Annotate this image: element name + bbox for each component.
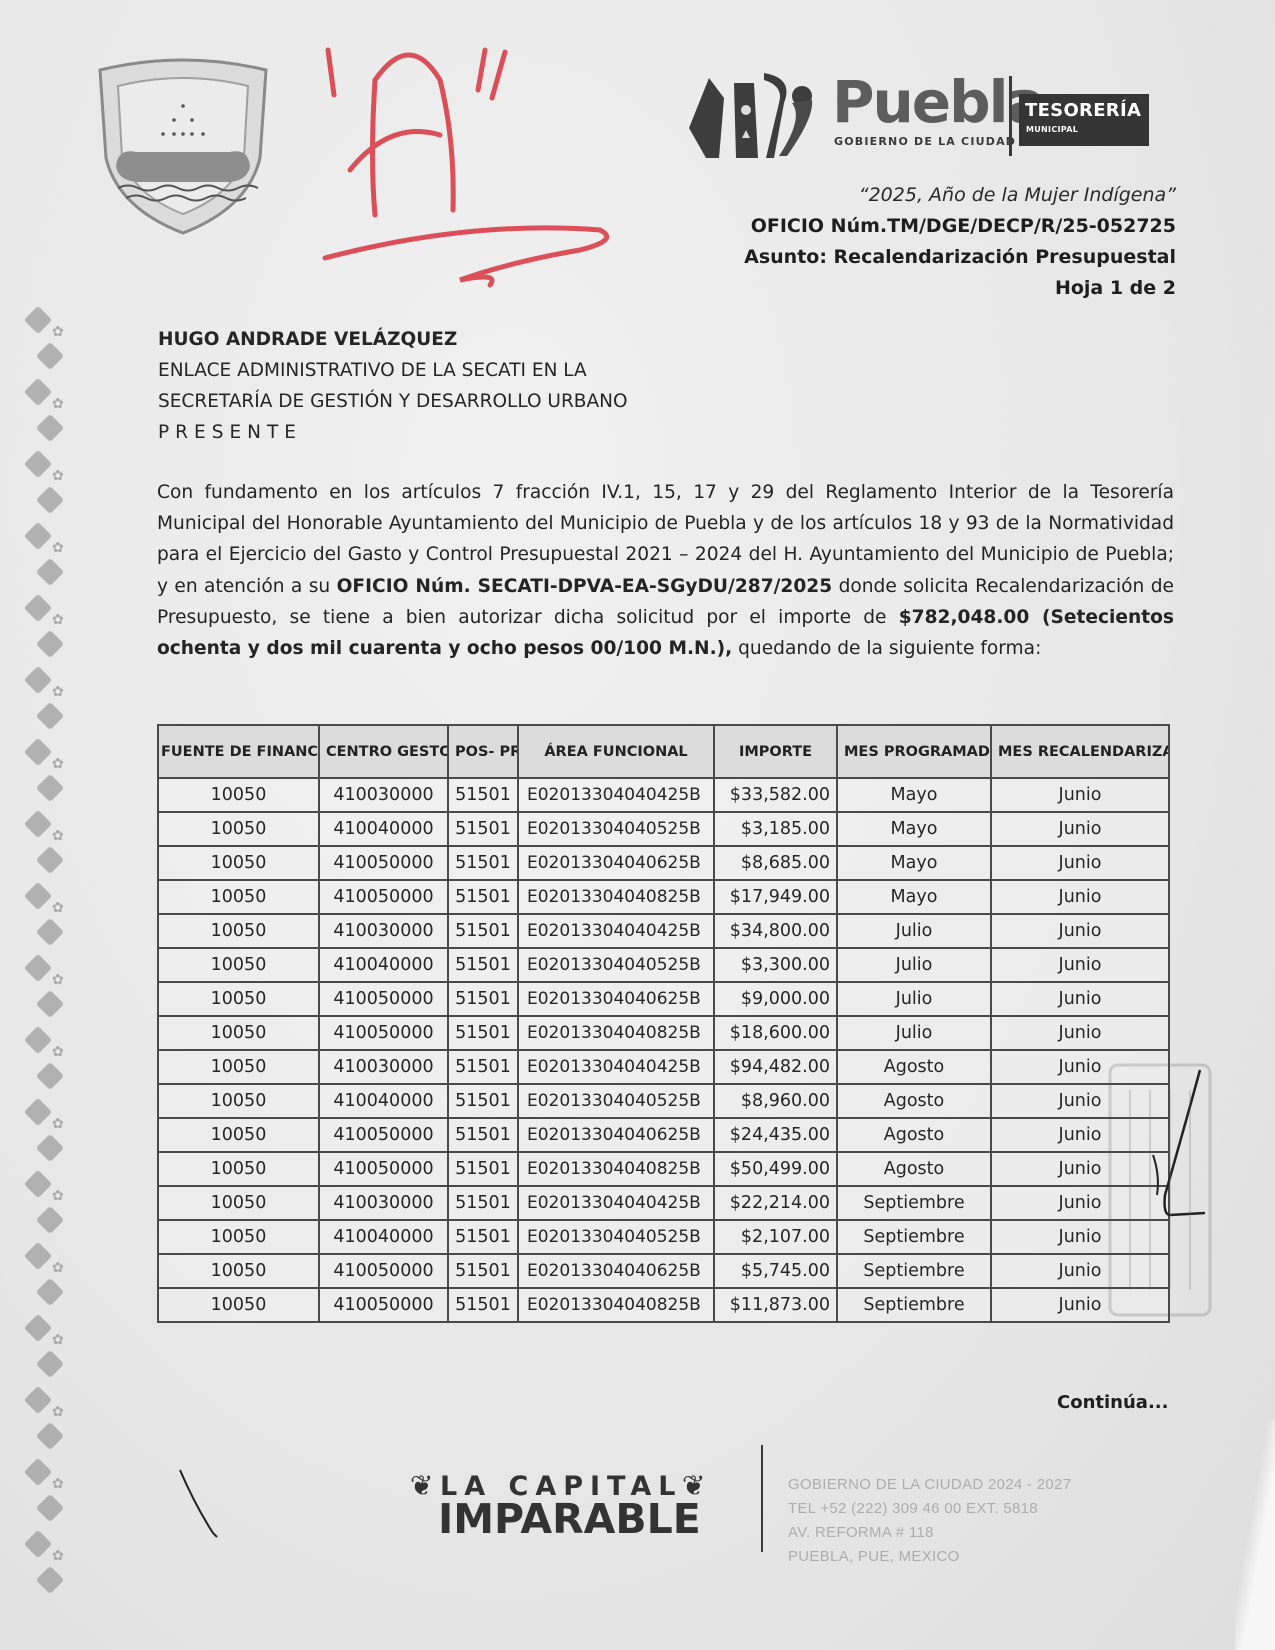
area-funcional-cell: E02013304040625B	[518, 1254, 714, 1288]
mes-programado-cell: Julio	[837, 982, 991, 1016]
ornament-diamond-icon	[24, 738, 52, 766]
mes-programado-cell: Agosto	[837, 1050, 991, 1084]
reference-oficio: OFICIO Núm. SECATI-DPVA-EA-SGyDU/287/202…	[337, 576, 833, 597]
ornament-sprig-icon: ✿	[52, 324, 64, 340]
subject-line: Asunto: Recalendarización Presupuestal	[744, 246, 1176, 268]
ornament-diamond-icon	[24, 954, 52, 982]
ornament-diamond-icon	[24, 594, 52, 622]
addressee-position-line2: SECRETARÍA DE GESTIÓN Y DESARROLLO URBAN…	[158, 391, 628, 412]
puebla-tesoreria-logo: Puebla GOBIERNO DE LA CIUDAD TESORERÍA M…	[684, 62, 1154, 162]
importe-cell: $5,745.00	[714, 1254, 837, 1288]
area-funcional-cell: E02013304040425B	[518, 1050, 714, 1084]
ornament-diamond-icon	[36, 1350, 64, 1378]
ornament-sprig-icon: ✿	[52, 1044, 64, 1060]
ornament-diamond-icon	[36, 1422, 64, 1450]
fuente-cell: 10050	[158, 846, 319, 880]
centro-gestor-cell: 410040000	[319, 948, 448, 982]
pospre-cell: 51501	[448, 1220, 518, 1254]
logo-subtitle: GOBIERNO DE LA CIUDAD	[834, 135, 1016, 148]
mes-programado-cell: Septiembre	[837, 1288, 991, 1322]
ornament-sprig-icon: ✿	[52, 756, 64, 772]
column-header: IMPORTE	[714, 725, 837, 778]
ornament-sprig-icon: ✿	[52, 900, 64, 916]
column-header: ÁREA FUNCIONAL	[518, 725, 714, 778]
centro-gestor-cell: 410050000	[319, 1254, 448, 1288]
fuente-cell: 10050	[158, 914, 319, 948]
table-row: 1005041005000051501E02013304040625B$8,68…	[158, 846, 1169, 880]
fuente-cell: 10050	[158, 1186, 319, 1220]
fuente-cell: 10050	[158, 812, 319, 846]
ornament-diamond-icon	[24, 882, 52, 910]
ornament-diamond-icon	[24, 306, 52, 334]
ornament-diamond-icon	[24, 1458, 52, 1486]
fuente-cell: 10050	[158, 1152, 319, 1186]
fuente-cell: 10050	[158, 1288, 319, 1322]
importe-cell: $8,685.00	[714, 846, 837, 880]
ornament-sprig-icon: ✿	[52, 468, 64, 484]
mes-programado-cell: Julio	[837, 914, 991, 948]
mes-programado-cell: Septiembre	[837, 1220, 991, 1254]
ornament-diamond-icon	[24, 522, 52, 550]
ornament-diamond-icon	[36, 918, 64, 946]
table-row: 1005041003000051501E02013304040425B$22,2…	[158, 1186, 1169, 1220]
ornament-diamond-icon	[36, 1278, 64, 1306]
importe-cell: $34,800.00	[714, 914, 837, 948]
importe-cell: $3,300.00	[714, 948, 837, 982]
footer-address: AV. REFORMA # 118	[788, 1524, 934, 1541]
ornament-sprig-icon: ✿	[52, 1548, 64, 1564]
page-indicator: Hoja 1 de 2	[1055, 277, 1176, 299]
ornament-sprig-icon: ✿	[52, 1260, 64, 1276]
pospre-cell: 51501	[448, 880, 518, 914]
mes-recalendarizado-cell: Junio	[991, 914, 1169, 948]
pospre-cell: 51501	[448, 1254, 518, 1288]
ornament-sprig-icon: ✿	[52, 396, 64, 412]
mes-programado-cell: Mayo	[837, 846, 991, 880]
area-funcional-cell: E02013304040425B	[518, 1186, 714, 1220]
footer-government: GOBIERNO DE LA CIUDAD 2024 - 2027	[788, 1476, 1071, 1493]
pospre-cell: 51501	[448, 1050, 518, 1084]
ornament-sprig-icon: ✿	[52, 972, 64, 988]
ornament-sprig-icon: ✿	[52, 1116, 64, 1132]
column-header: MES RECALENDARIZADO	[991, 725, 1169, 778]
fuente-cell: 10050	[158, 1220, 319, 1254]
table-row: 1005041004000051501E02013304040525B$3,18…	[158, 812, 1169, 846]
mes-programado-cell: Mayo	[837, 778, 991, 812]
importe-cell: $50,499.00	[714, 1152, 837, 1186]
centro-gestor-cell: 410050000	[319, 1288, 448, 1322]
ornament-sprig-icon: ✿	[52, 612, 64, 628]
table-header-row: FUENTE DE FINANCIAMIENTOCENTRO GESTORPOS…	[158, 725, 1169, 778]
ornament-diamond-icon	[36, 1494, 64, 1522]
area-funcional-cell: E02013304040825B	[518, 1152, 714, 1186]
pospre-cell: 51501	[448, 1118, 518, 1152]
table-row: 1005041005000051501E02013304040825B$17,9…	[158, 880, 1169, 914]
ornament-diamond-icon	[36, 486, 64, 514]
mes-programado-cell: Mayo	[837, 812, 991, 846]
ornament-sprig-icon: ✿	[52, 1188, 64, 1204]
area-funcional-cell: E02013304040425B	[518, 914, 714, 948]
footer-divider	[761, 1445, 763, 1552]
centro-gestor-cell: 410030000	[319, 914, 448, 948]
mes-recalendarizado-cell: Junio	[991, 982, 1169, 1016]
mes-programado-cell: Agosto	[837, 1118, 991, 1152]
importe-cell: $11,873.00	[714, 1288, 837, 1322]
footer-logo-line2: IMPARABLE	[438, 1495, 701, 1543]
area-funcional-cell: E02013304040525B	[518, 1084, 714, 1118]
mes-programado-cell: Julio	[837, 948, 991, 982]
fuente-cell: 10050	[158, 880, 319, 914]
fuente-cell: 10050	[158, 1016, 319, 1050]
ornament-diamond-icon	[36, 558, 64, 586]
ornament-sprig-icon: ✿	[52, 540, 64, 556]
importe-cell: $94,482.00	[714, 1050, 837, 1084]
pospre-cell: 51501	[448, 1186, 518, 1220]
importe-cell: $9,000.00	[714, 982, 837, 1016]
table-row: 1005041005000051501E02013304040625B$9,00…	[158, 982, 1169, 1016]
mes-programado-cell: Agosto	[837, 1084, 991, 1118]
pospre-cell: 51501	[448, 1152, 518, 1186]
centro-gestor-cell: 410030000	[319, 1050, 448, 1084]
area-funcional-cell: E02013304040825B	[518, 1288, 714, 1322]
fuente-cell: 10050	[158, 948, 319, 982]
body-paragraph: Con fundamento en los artículos 7 fracci…	[157, 477, 1174, 664]
left-wing-icon: ❦	[410, 1469, 433, 1502]
table-row: 1005041003000051501E02013304040425B$94,4…	[158, 1050, 1169, 1084]
fuente-cell: 10050	[158, 982, 319, 1016]
ornament-diamond-icon	[36, 990, 64, 1018]
ornament-diamond-icon	[36, 1566, 64, 1594]
footer-phone: TEL +52 (222) 309 46 00 EXT. 5818	[788, 1500, 1038, 1517]
ornament-diamond-icon	[24, 1386, 52, 1414]
importe-cell: $33,582.00	[714, 778, 837, 812]
addressee-name: HUGO ANDRADE VELÁZQUEZ	[158, 329, 457, 350]
ornament-sprig-icon: ✿	[52, 828, 64, 844]
ornament-diamond-icon	[24, 1242, 52, 1270]
column-header: MES PROGRAMADO	[837, 725, 991, 778]
centro-gestor-cell: 410050000	[319, 982, 448, 1016]
continues-label: Continúa...	[1057, 1392, 1168, 1413]
centro-gestor-cell: 410050000	[319, 846, 448, 880]
mes-programado-cell: Agosto	[837, 1152, 991, 1186]
ornament-diamond-icon	[24, 378, 52, 406]
ornament-sprig-icon: ✿	[52, 1476, 64, 1492]
importe-cell: $17,949.00	[714, 880, 837, 914]
table-row: 1005041003000051501E02013304040425B$33,5…	[158, 778, 1169, 812]
pospre-cell: 51501	[448, 914, 518, 948]
ornament-diamond-icon	[36, 342, 64, 370]
centro-gestor-cell: 410050000	[319, 880, 448, 914]
table-row: 1005041005000051501E02013304040625B$5,74…	[158, 1254, 1169, 1288]
fuente-cell: 10050	[158, 778, 319, 812]
column-header: CENTRO GESTOR	[319, 725, 448, 778]
fuente-cell: 10050	[158, 1118, 319, 1152]
column-header: FUENTE DE FINANCIAMIENTO	[158, 725, 319, 778]
table-row: 1005041004000051501E02013304040525B$2,10…	[158, 1220, 1169, 1254]
column-header: POS- PRE	[448, 725, 518, 778]
centro-gestor-cell: 410040000	[319, 1084, 448, 1118]
table-row: 1005041003000051501E02013304040425B$34,8…	[158, 914, 1169, 948]
badge-title: TESORERÍA	[1025, 100, 1141, 121]
pospre-cell: 51501	[448, 812, 518, 846]
table-row: 1005041005000051501E02013304040825B$18,6…	[158, 1016, 1169, 1050]
importe-cell: $18,600.00	[714, 1016, 837, 1050]
pospre-cell: 51501	[448, 1288, 518, 1322]
ornament-diamond-icon	[36, 1062, 64, 1090]
fuente-cell: 10050	[158, 1050, 319, 1084]
centro-gestor-cell: 410040000	[319, 1220, 448, 1254]
centro-gestor-cell: 410030000	[319, 1186, 448, 1220]
area-funcional-cell: E02013304040825B	[518, 1016, 714, 1050]
ornament-diamond-icon	[36, 702, 64, 730]
ornament-diamond-icon	[24, 1026, 52, 1054]
body-text-part3: quedando de la siguiente forma:	[732, 638, 1041, 659]
pospre-cell: 51501	[448, 778, 518, 812]
ornament-diamond-icon	[36, 774, 64, 802]
table-row: 1005041004000051501E02013304040525B$3,30…	[158, 948, 1169, 982]
tesoreria-badge: TESORERÍA MUNICIPAL	[1019, 94, 1149, 146]
pospre-cell: 51501	[448, 1016, 518, 1050]
area-funcional-cell: E02013304040425B	[518, 778, 714, 812]
ornament-diamond-icon	[24, 666, 52, 694]
table-row: 1005041005000051501E02013304040825B$50,4…	[158, 1152, 1169, 1186]
oficio-number: OFICIO Núm.TM/DGE/DECP/R/25-052725	[751, 215, 1176, 237]
red-annotation-mark	[320, 40, 620, 295]
table-row: 1005041005000051501E02013304040825B$11,8…	[158, 1288, 1169, 1322]
ornament-diamond-icon	[24, 1098, 52, 1126]
presente-label: PRESENTE	[158, 422, 302, 443]
ornament-diamond-icon	[36, 414, 64, 442]
ornament-diamond-icon	[24, 450, 52, 478]
ornament-diamond-icon	[24, 810, 52, 838]
table-row: 1005041004000051501E02013304040525B$8,96…	[158, 1084, 1169, 1118]
mes-recalendarizado-cell: Junio	[991, 880, 1169, 914]
area-funcional-cell: E02013304040625B	[518, 1118, 714, 1152]
ornament-diamond-icon	[36, 630, 64, 658]
puebla-figures-icon	[684, 68, 834, 158]
ornament-sprig-icon: ✿	[52, 1332, 64, 1348]
ornament-diamond-icon	[24, 1530, 52, 1558]
mes-programado-cell: Julio	[837, 1016, 991, 1050]
footer-city: PUEBLA, PUE, MEXICO	[788, 1548, 960, 1565]
centro-gestor-cell: 410050000	[319, 1016, 448, 1050]
table-row: 1005041005000051501E02013304040625B$24,4…	[158, 1118, 1169, 1152]
area-funcional-cell: E02013304040825B	[518, 880, 714, 914]
pospre-cell: 51501	[448, 982, 518, 1016]
ornament-border: ✿✿✿✿✿✿✿✿✿✿✿✿✿✿✿✿✿✿	[22, 310, 72, 1630]
mes-programado-cell: Septiembre	[837, 1186, 991, 1220]
importe-cell: $3,185.00	[714, 812, 837, 846]
ornament-diamond-icon	[24, 1170, 52, 1198]
fuente-cell: 10050	[158, 1084, 319, 1118]
ornament-diamond-icon	[36, 1134, 64, 1162]
ornament-sprig-icon: ✿	[52, 684, 64, 700]
mes-recalendarizado-cell: Junio	[991, 846, 1169, 880]
importe-cell: $22,214.00	[714, 1186, 837, 1220]
badge-subtitle: MUNICIPAL	[1026, 125, 1078, 134]
centro-gestor-cell: 410050000	[319, 1152, 448, 1186]
recalendarization-table: FUENTE DE FINANCIAMIENTOCENTRO GESTORPOS…	[157, 724, 1170, 1323]
pospre-cell: 51501	[448, 846, 518, 880]
page-fold-shadow	[1235, 1420, 1275, 1650]
area-funcional-cell: E02013304040525B	[518, 1220, 714, 1254]
mes-programado-cell: Septiembre	[837, 1254, 991, 1288]
la-capital-imparable-logo: ❦ LA CAPITAL ❦ IMPARABLE	[410, 1465, 730, 1555]
mes-recalendarizado-cell: Junio	[991, 948, 1169, 982]
ornament-diamond-icon	[36, 1206, 64, 1234]
faded-stamp	[1105, 1060, 1215, 1320]
ornament-diamond-icon	[24, 1314, 52, 1342]
addressee-position-line1: ENLACE ADMINISTRATIVO DE LA SECATI EN LA	[158, 360, 587, 381]
logo-divider	[1009, 76, 1012, 156]
importe-cell: $24,435.00	[714, 1118, 837, 1152]
importe-cell: $8,960.00	[714, 1084, 837, 1118]
centro-gestor-cell: 410050000	[319, 1118, 448, 1152]
centro-gestor-cell: 410040000	[319, 812, 448, 846]
mes-recalendarizado-cell: Junio	[991, 1016, 1169, 1050]
area-funcional-cell: E02013304040525B	[518, 812, 714, 846]
ornament-diamond-icon	[36, 846, 64, 874]
pospre-cell: 51501	[448, 1084, 518, 1118]
ornament-sprig-icon: ✿	[52, 1404, 64, 1420]
centro-gestor-cell: 410030000	[319, 778, 448, 812]
area-funcional-cell: E02013304040525B	[518, 948, 714, 982]
mes-recalendarizado-cell: Junio	[991, 778, 1169, 812]
pospre-cell: 51501	[448, 948, 518, 982]
area-funcional-cell: E02013304040625B	[518, 982, 714, 1016]
fuente-cell: 10050	[158, 1254, 319, 1288]
area-funcional-cell: E02013304040625B	[518, 846, 714, 880]
importe-cell: $2,107.00	[714, 1220, 837, 1254]
year-motto: “2025, Año de la Mujer Indígena”	[859, 184, 1176, 206]
handwritten-tick-mark	[175, 1465, 225, 1545]
mes-programado-cell: Mayo	[837, 880, 991, 914]
mes-recalendarizado-cell: Junio	[991, 812, 1169, 846]
municipal-seal-icon	[88, 48, 278, 238]
